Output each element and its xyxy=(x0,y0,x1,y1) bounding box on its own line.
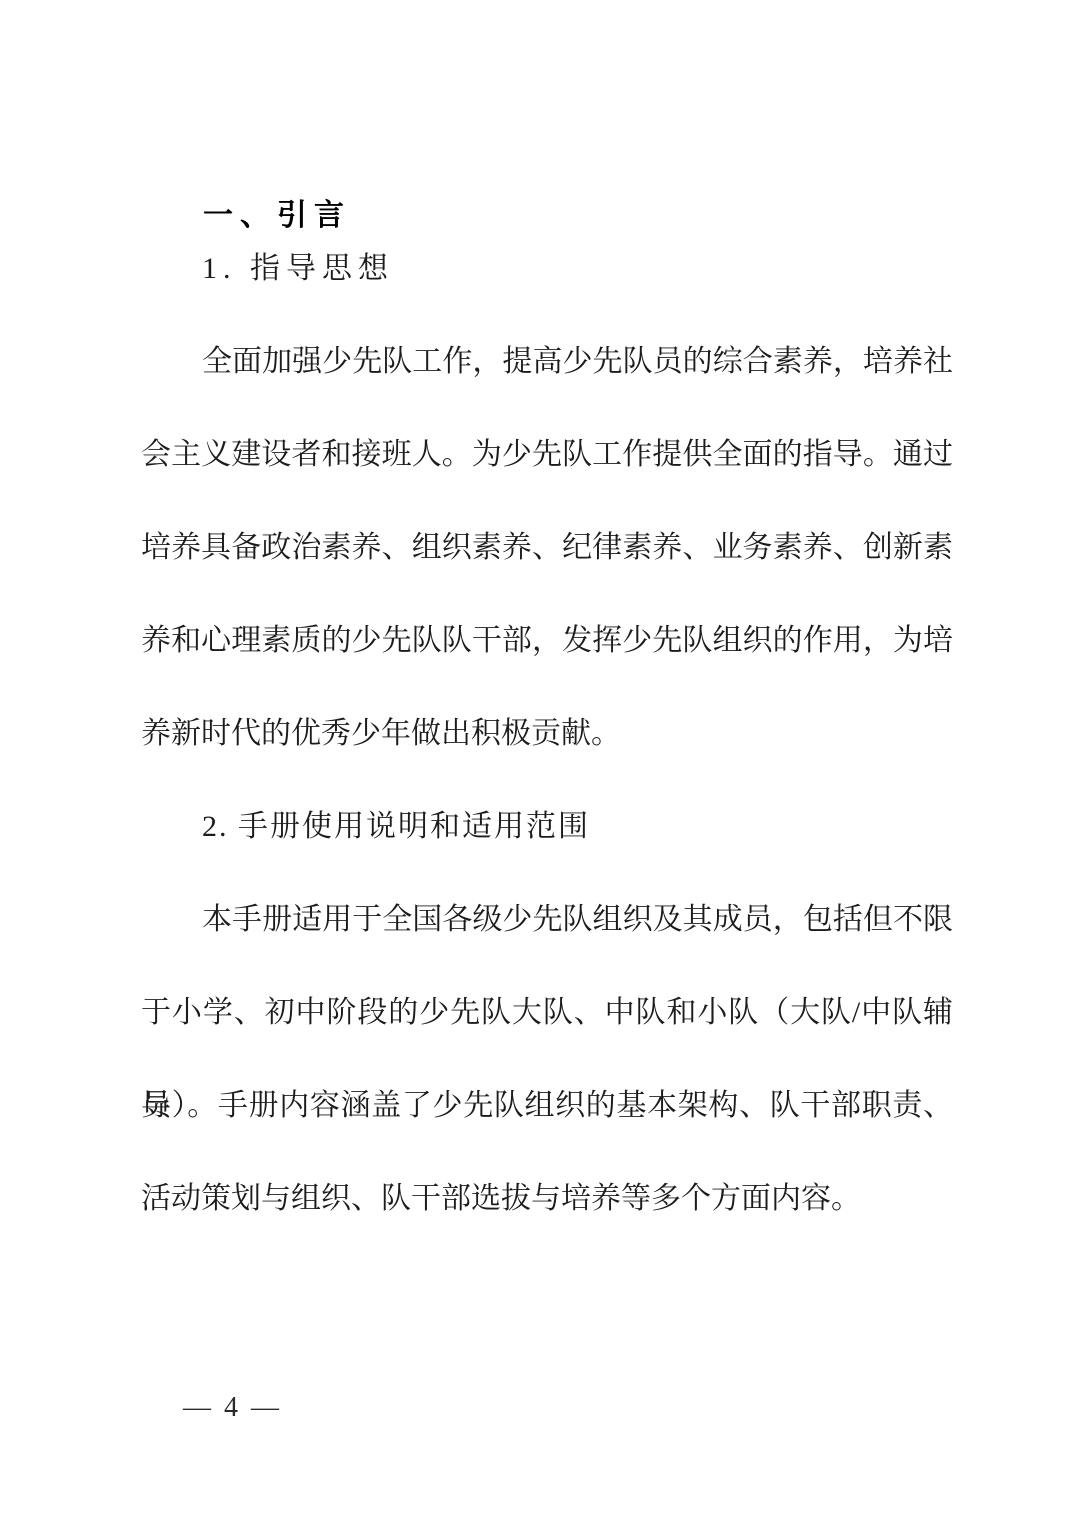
paragraph-line: 养和心理素质的少先队队干部，发挥少先队组织的作用，为培 xyxy=(141,594,953,687)
subsection-heading-1: 1. 指导思想 xyxy=(141,222,953,315)
paragraph-line: 活动策划与组织、队干部选拔与培养等多个方面内容。 xyxy=(141,1152,953,1245)
subsection-heading-2: 2. 手册使用说明和适用范围 xyxy=(141,780,953,873)
page-number: — 4 — xyxy=(183,1384,282,1432)
paragraph-line: 培养具备政治素养、组织素养、纪律素养、业务素养、创新素 xyxy=(141,501,953,594)
paragraph-line: 员）。手册内容涵盖了少先队组织的基本架构、队干部职责、 xyxy=(141,1059,953,1152)
paragraph-line: 会主义建设者和接班人。为少先队工作提供全面的指导。通过 xyxy=(141,408,953,501)
paragraph-line: 于小学、初中阶段的少先队大队、中队和小队（大队/中队辅导 xyxy=(141,966,953,1059)
paragraph-line: 养新时代的优秀少年做出积极贡献。 xyxy=(141,687,953,780)
paragraph-line: 全面加强少先队工作，提高少先队员的综合素养，培养社 xyxy=(141,315,953,408)
document-page: 一、引言 1. 指导思想 全面加强少先队工作，提高少先队员的综合素养，培养社 会… xyxy=(0,0,1080,1527)
paragraph-line: 本手册适用于全国各级少先队组织及其成员，包括但不限 xyxy=(141,873,953,966)
document-body: 1. 指导思想 全面加强少先队工作，提高少先队员的综合素养，培养社 会主义建设者… xyxy=(141,222,953,1245)
